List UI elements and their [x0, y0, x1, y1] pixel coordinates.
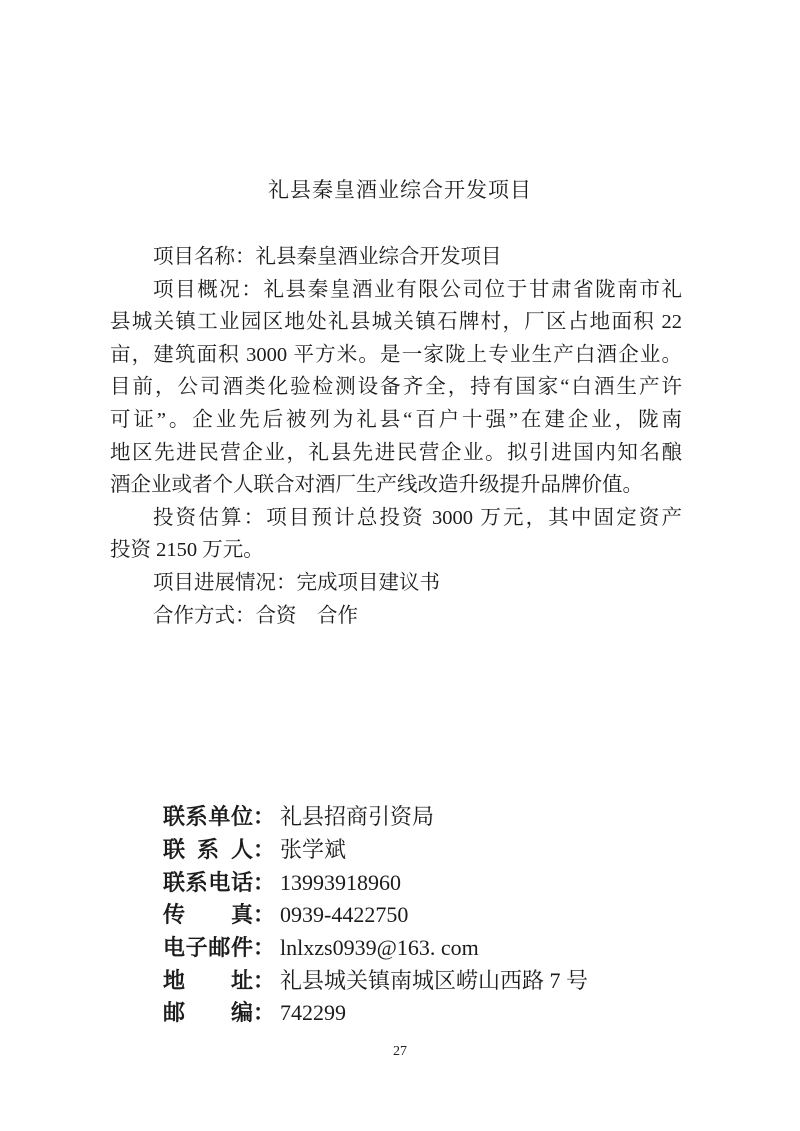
body-line: 酒企业或者个人联合对酒厂生产线改造升级提升品牌价值。	[110, 469, 682, 502]
contact-value: 0939-4422750	[280, 902, 408, 927]
contact-label: 传真	[163, 899, 253, 932]
contact-label: 联系人	[163, 834, 253, 867]
contact-info-block: 联系单位：礼县招商引资局 联系人：张学斌 联系电话：13993918960 传真…	[163, 801, 800, 1030]
contact-colon: ：	[253, 837, 275, 862]
body-line: 目前，公司酒类化验检测设备齐全，持有国家“白酒生产许	[110, 371, 682, 404]
body-line: 投资估算：项目预计总投资 3000 万元，其中固定资产	[110, 502, 682, 535]
contact-row-person: 联系人：张学斌	[163, 834, 800, 867]
contact-colon: ：	[253, 1000, 275, 1025]
contact-colon: ：	[253, 804, 275, 829]
contact-row-postcode: 邮编：742299	[163, 997, 800, 1030]
contact-row-fax: 传真：0939-4422750	[163, 899, 800, 932]
contact-colon: ：	[253, 935, 275, 960]
contact-label: 邮编	[163, 997, 253, 1030]
body-line: 地区先进民营企业，礼县先进民营企业。拟引进国内知名酿	[110, 437, 682, 470]
contact-row-email: 电子邮件：lnlxzs0939@163. com	[163, 932, 800, 965]
document-title: 礼县秦皇酒业综合开发项目	[0, 0, 800, 204]
contact-colon: ：	[253, 968, 275, 993]
body-line: 亩，建筑面积 3000 平方米。是一家陇上专业生产白酒企业。	[110, 339, 682, 372]
body-line: 项目进展情况：完成项目建议书	[110, 567, 682, 600]
contact-value: 张学斌	[280, 837, 346, 862]
contact-value: 礼县城关镇南城区崂山西路 7 号	[280, 968, 588, 993]
contact-colon: ：	[253, 870, 275, 895]
body-line: 项目名称：礼县秦皇酒业综合开发项目	[110, 241, 682, 274]
contact-label: 联系电话	[163, 867, 253, 900]
contact-label: 地址	[163, 965, 253, 998]
contact-label: 联系单位	[163, 801, 253, 834]
contact-value: 13993918960	[280, 870, 401, 895]
contact-row-phone: 联系电话：13993918960	[163, 867, 800, 900]
body-line: 投资 2150 万元。	[110, 534, 682, 567]
contact-label: 电子邮件	[163, 932, 253, 965]
contact-row-address: 地址：礼县城关镇南城区崂山西路 7 号	[163, 965, 800, 998]
body-line: 可证”。企业先后被列为礼县“百户十强”在建企业，陇南	[110, 404, 682, 437]
body-line: 合作方式：合资 合作	[110, 600, 682, 633]
page-number: 27	[0, 1044, 800, 1060]
contact-value: 礼县招商引资局	[280, 804, 434, 829]
body-line: 县城关镇工业园区地处礼县城关镇石牌村，厂区占地面积 22	[110, 306, 682, 339]
contact-colon: ：	[253, 902, 275, 927]
contact-value: 742299	[280, 1000, 346, 1025]
body-text-block: 项目名称：礼县秦皇酒业综合开发项目 项目概况：礼县秦皇酒业有限公司位于甘肃省陇南…	[110, 241, 682, 632]
contact-row-unit: 联系单位：礼县招商引资局	[163, 801, 800, 834]
body-line: 项目概况：礼县秦皇酒业有限公司位于甘肃省陇南市礼	[110, 274, 682, 307]
document-page: 礼县秦皇酒业综合开发项目 项目名称：礼县秦皇酒业综合开发项目 项目概况：礼县秦皇…	[0, 0, 800, 1131]
contact-value: lnlxzs0939@163. com	[280, 935, 479, 960]
